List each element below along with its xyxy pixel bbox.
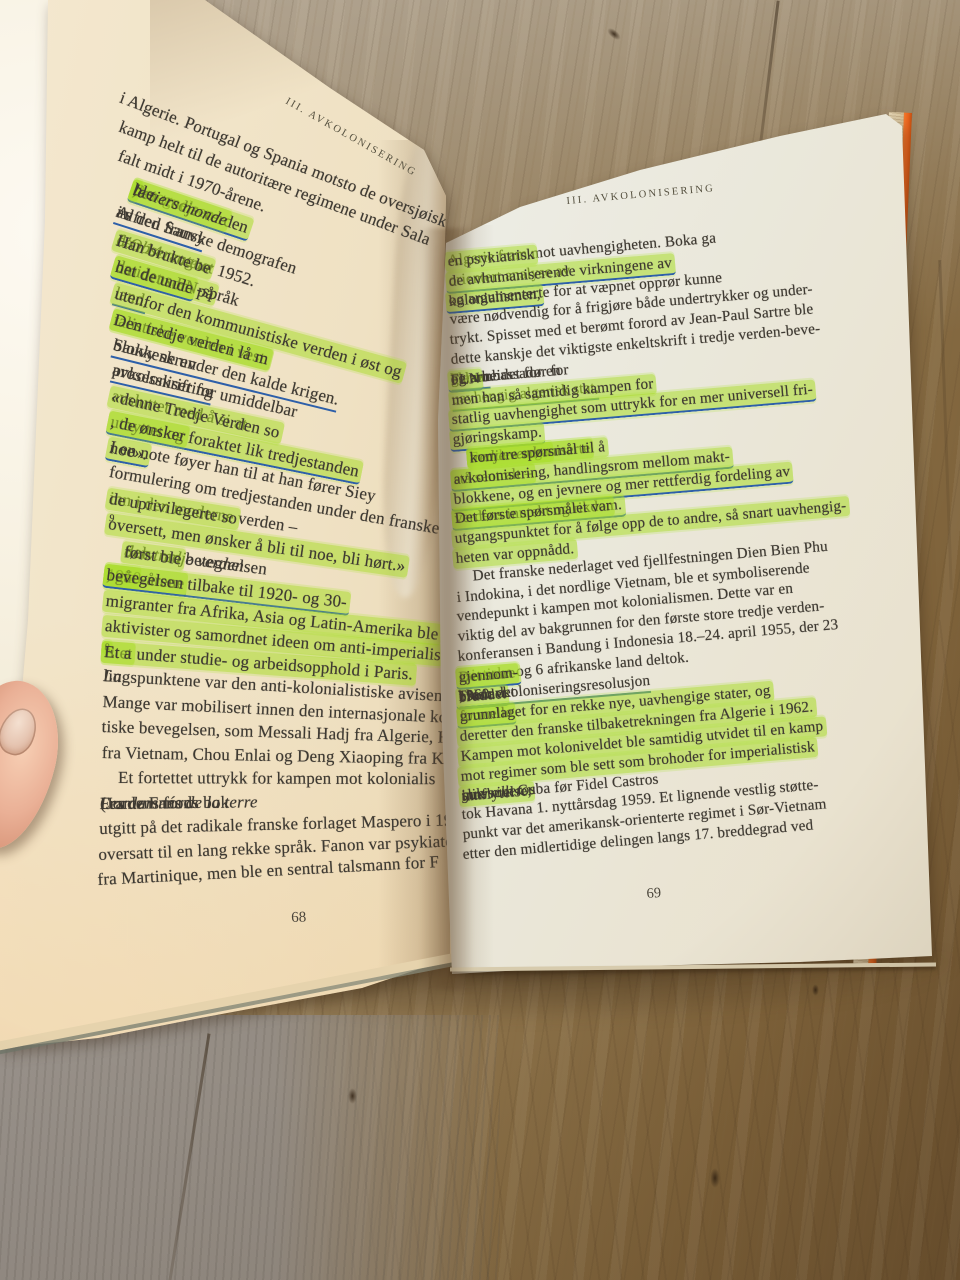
right-page-header: III. AVKOLONISERING (566, 183, 715, 207)
right-page-wrap: III. AVKOLONISERING Algerie fram mot uav… (0, 0, 960, 1280)
thumbnail (0, 703, 43, 761)
right-page: III. AVKOLONISERING Algerie fram mot uav… (0, 0, 960, 1280)
book-photo-scene: III. AVKOLONISERING i Algerie. Portugal … (0, 0, 960, 1280)
right-page-number: 69 (646, 885, 662, 903)
book-gutter-shadow (420, 228, 474, 990)
